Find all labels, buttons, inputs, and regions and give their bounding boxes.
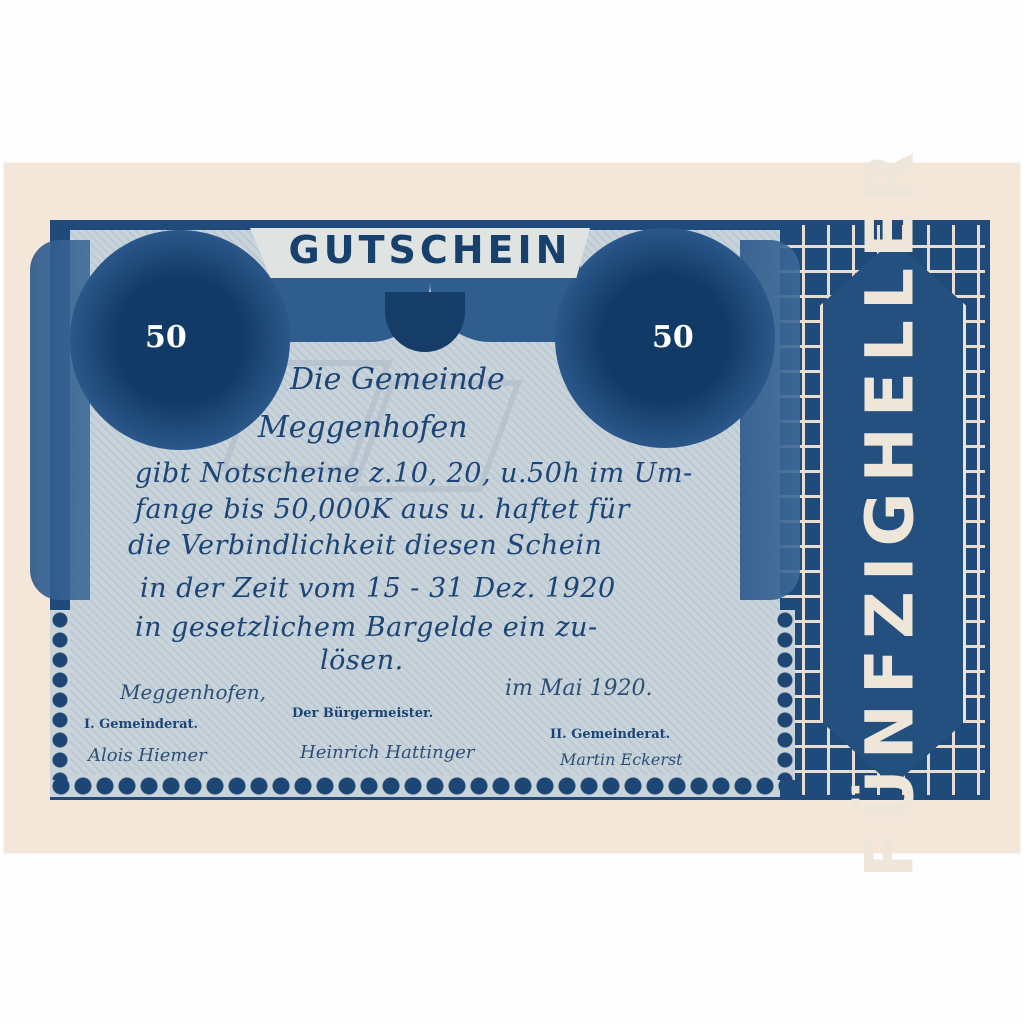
place-text: Meggenhofen, bbox=[120, 680, 266, 704]
issuer-line-1: Die Gemeinde bbox=[290, 362, 505, 397]
right-bead-border bbox=[775, 610, 795, 780]
text-line: gibt Notscheine z.10, 20, u.50h im Um- bbox=[135, 458, 693, 489]
issuer-line-2: Meggenhofen bbox=[258, 410, 468, 445]
left-bead-border bbox=[50, 610, 70, 780]
signature-right: Martin Eckerst bbox=[560, 750, 683, 769]
text-line: fange bis 50,000K aus u. haftet für bbox=[135, 494, 630, 525]
bottom-bead-border bbox=[50, 775, 780, 797]
text-line: in der Zeit vom 15 - 31 Dez. 1920 bbox=[140, 573, 616, 604]
denomination-right: 50 bbox=[652, 320, 694, 355]
note-title: GUTSCHEIN bbox=[270, 228, 590, 272]
mayor-label: Der Bürgermeister. bbox=[292, 706, 433, 721]
text-line: lösen. bbox=[320, 645, 404, 676]
date-text: im Mai 1920. bbox=[505, 676, 653, 701]
side-denomination-text: FÜNFZIGHELLER bbox=[852, 142, 929, 878]
signature-left: Alois Hiemer bbox=[88, 745, 207, 766]
signature-center: Heinrich Hattinger bbox=[300, 742, 474, 763]
text-line: in gesetzlichem Bargelde ein zu- bbox=[135, 612, 598, 643]
council-right-label: II. Gemeinderat. bbox=[550, 727, 670, 742]
denomination-left: 50 bbox=[145, 320, 187, 355]
council-left-label: I. Gemeinderat. bbox=[84, 717, 198, 732]
text-line: die Verbindlichkeit diesen Schein bbox=[128, 530, 602, 561]
